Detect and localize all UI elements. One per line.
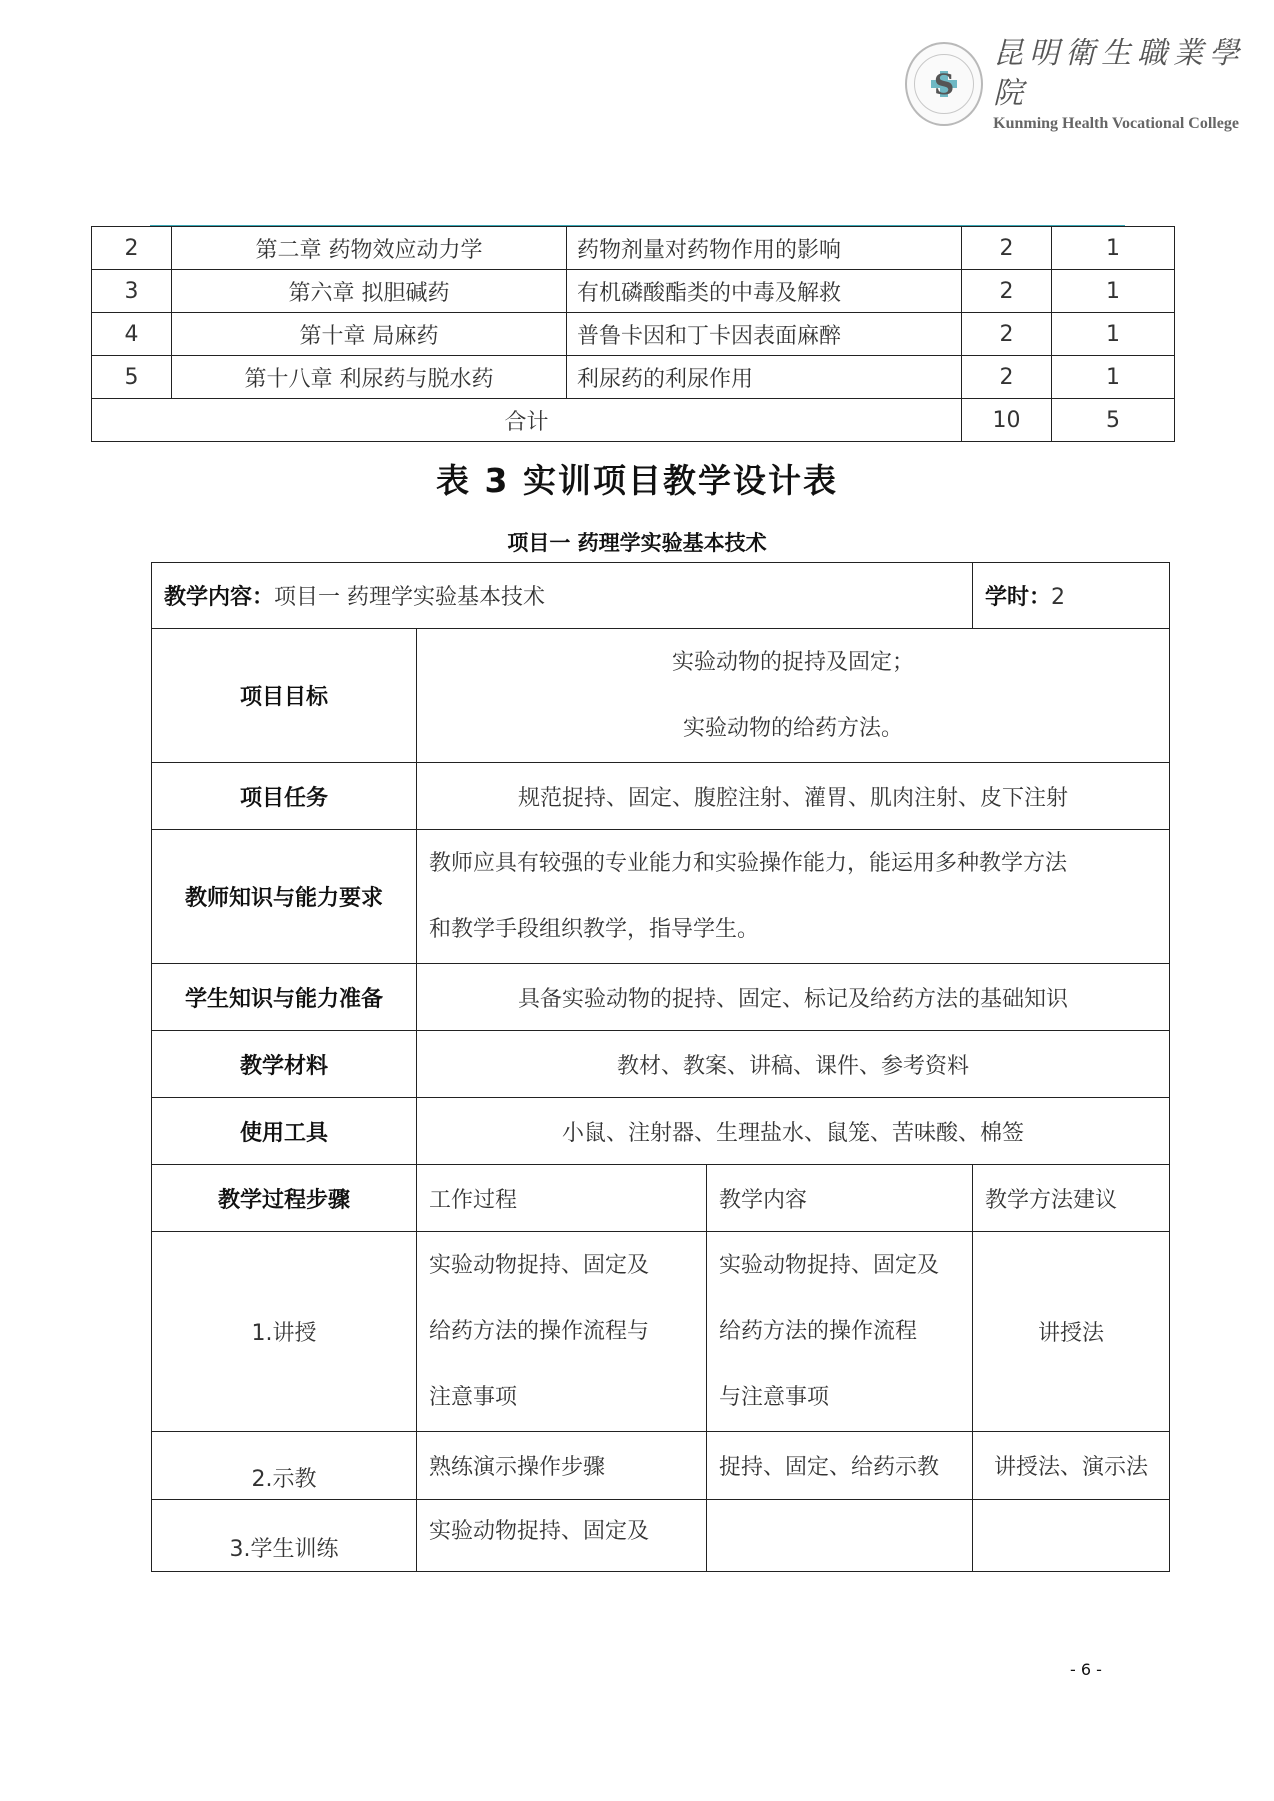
class-hours-value: 2: [1051, 585, 1065, 610]
row-number: 2: [92, 227, 172, 270]
materials-row: 教学材料 教材、教案、讲稿、课件、参考资料: [152, 1031, 1170, 1098]
process-step-row: 2.示教 熟练演示操作步骤 捉持、固定、给药示教 讲授法、演示法: [152, 1432, 1170, 1500]
process-label: 教学过程步骤: [152, 1165, 417, 1232]
goal-row: 项目目标 实验动物的捉持及固定；实验动物的给药方法。: [152, 629, 1170, 763]
work-process-header: 工作过程: [417, 1165, 707, 1232]
hours-cell: 2: [962, 227, 1052, 270]
tools-row: 使用工具 小鼠、注射器、生理盐水、鼠笼、苦味酸、棉签: [152, 1098, 1170, 1165]
college-logo: S 昆明衛生職業學院 Kunming Health Vocational Col…: [905, 44, 1260, 124]
student-label: 学生知识与能力准备: [152, 964, 417, 1031]
table-row: 2 第二章 药物效应动力学 药物剂量对药物作用的影响 2 1: [92, 227, 1175, 270]
text-line: 给药方法的操作流程: [719, 1299, 972, 1365]
method-cell: 讲授法、演示法: [973, 1432, 1170, 1500]
student-value: 具备实验动物的捉持、固定、标记及给药方法的基础知识: [417, 964, 1170, 1031]
row-number: 5: [92, 356, 172, 399]
table-title: 表 3 实训项目教学设计表: [0, 455, 1274, 502]
teaching-content-header: 教学内容: [707, 1165, 973, 1232]
materials-value: 教材、教案、讲稿、课件、参考资料: [417, 1031, 1170, 1098]
teacher-line: 教师应具有较强的专业能力和实验操作能力，能运用多种教学方法: [429, 831, 1169, 897]
goal-line: 实验动物的捉持及固定；: [417, 630, 1169, 696]
work-process-cell: 熟练演示操作步骤: [417, 1432, 707, 1500]
tools-value: 小鼠、注射器、生理盐水、鼠笼、苦味酸、棉签: [417, 1098, 1170, 1165]
count-cell: 1: [1052, 227, 1175, 270]
page-number: - 6 -: [1070, 1660, 1102, 1679]
text-line: 实验动物捉持、固定及: [429, 1233, 706, 1299]
step-label: 1.讲授: [152, 1232, 417, 1432]
step-label: 2.示教: [152, 1432, 417, 1500]
text-line: 给药方法的操作流程与: [429, 1299, 706, 1365]
work-process-cell: 实验动物捉持、固定及: [417, 1500, 707, 1572]
project-subtitle: 项目一 药理学实验基本技术: [0, 527, 1274, 557]
teacher-row: 教师知识与能力要求 教师应具有较强的专业能力和实验操作能力，能运用多种教学方法和…: [152, 830, 1170, 964]
total-row: 合计 10 5: [92, 399, 1175, 442]
table-row: 5 第十八章 利尿药与脱水药 利尿药的利尿作用 2 1: [92, 356, 1175, 399]
step-label: 3.学生训练: [152, 1500, 417, 1572]
process-step-row: 3.学生训练 实验动物捉持、固定及: [152, 1500, 1170, 1572]
teaching-content-cell: 教学内容：项目一 药理学实验基本技术: [152, 563, 973, 629]
count-cell: 1: [1052, 270, 1175, 313]
teaching-content-label: 教学内容：: [164, 585, 274, 610]
hours-cell: 2: [962, 313, 1052, 356]
experiment-cell: 有机磷酸酯类的中毒及解救: [567, 270, 962, 313]
tools-label: 使用工具: [152, 1098, 417, 1165]
teaching-content-cell: 捉持、固定、给药示教: [707, 1432, 973, 1500]
hours-cell: 2: [962, 356, 1052, 399]
chapter-cell: 第二章 药物效应动力学: [172, 227, 567, 270]
experiment-cell: 药物剂量对药物作用的影响: [567, 227, 962, 270]
materials-label: 教学材料: [152, 1031, 417, 1098]
institution-name-cn: 昆明衛生職業學院: [993, 34, 1260, 114]
text-line: 注意事项: [429, 1365, 706, 1431]
process-step-row: 1.讲授 实验动物捉持、固定及给药方法的操作流程与注意事项 实验动物捉持、固定及…: [152, 1232, 1170, 1432]
method-cell: 讲授法: [973, 1232, 1170, 1432]
count-cell: 1: [1052, 356, 1175, 399]
teacher-line: 和教学手段组织教学，指导学生。: [429, 897, 1169, 963]
teaching-content-value: 项目一 药理学实验基本技术: [274, 585, 545, 610]
institution-name-en: Kunming Health Vocational College: [993, 114, 1260, 134]
student-row: 学生知识与能力准备 具备实验动物的捉持、固定、标记及给药方法的基础知识: [152, 964, 1170, 1031]
text-line: 实验动物捉持、固定及: [719, 1233, 972, 1299]
training-design-table: 教学内容：项目一 药理学实验基本技术 学时：2 项目目标 实验动物的捉持及固定；…: [151, 562, 1170, 1572]
count-cell: 1: [1052, 313, 1175, 356]
row-number: 3: [92, 270, 172, 313]
process-header-row: 教学过程步骤 工作过程 教学内容 教学方法建议: [152, 1165, 1170, 1232]
task-row: 项目任务 规范捉持、固定、腹腔注射、灌胃、肌肉注射、皮下注射: [152, 763, 1170, 830]
teaching-content-cell: 实验动物捉持、固定及给药方法的操作流程与注意事项: [707, 1232, 973, 1432]
class-hours-label: 学时：: [985, 585, 1051, 610]
teacher-value: 教师应具有较强的专业能力和实验操作能力，能运用多种教学方法和教学手段组织教学，指…: [417, 830, 1170, 964]
goal-value: 实验动物的捉持及固定；实验动物的给药方法。: [417, 629, 1170, 763]
work-process-cell: 实验动物捉持、固定及给药方法的操作流程与注意事项: [417, 1232, 707, 1432]
task-value: 规范捉持、固定、腹腔注射、灌胃、肌肉注射、皮下注射: [417, 763, 1170, 830]
content-row: 教学内容：项目一 药理学实验基本技术 学时：2: [152, 563, 1170, 629]
task-label: 项目任务: [152, 763, 417, 830]
table-row: 3 第六章 拟胆碱药 有机磷酸酯类的中毒及解救 2 1: [92, 270, 1175, 313]
goal-label: 项目目标: [152, 629, 417, 763]
text-line: 与注意事项: [719, 1365, 972, 1431]
class-hours-cell: 学时：2: [973, 563, 1170, 629]
goal-line: 实验动物的给药方法。: [417, 696, 1169, 762]
college-seal-icon: S: [905, 42, 983, 126]
chapter-cell: 第十章 局麻药: [172, 313, 567, 356]
chapter-cell: 第十八章 利尿药与脱水药: [172, 356, 567, 399]
total-label: 合计: [92, 399, 962, 442]
teacher-label: 教师知识与能力要求: [152, 830, 417, 964]
experiment-schedule-table: 2 第二章 药物效应动力学 药物剂量对药物作用的影响 2 1 3 第六章 拟胆碱…: [91, 226, 1175, 442]
experiment-cell: 利尿药的利尿作用: [567, 356, 962, 399]
table-row: 4 第十章 局麻药 普鲁卡因和丁卡因表面麻醉 2 1: [92, 313, 1175, 356]
hours-cell: 2: [962, 270, 1052, 313]
method-header: 教学方法建议: [973, 1165, 1170, 1232]
chapter-cell: 第六章 拟胆碱药: [172, 270, 567, 313]
teaching-content-cell: [707, 1500, 973, 1572]
total-hours: 10: [962, 399, 1052, 442]
experiment-cell: 普鲁卡因和丁卡因表面麻醉: [567, 313, 962, 356]
row-number: 4: [92, 313, 172, 356]
method-cell: [973, 1500, 1170, 1572]
total-count: 5: [1052, 399, 1175, 442]
